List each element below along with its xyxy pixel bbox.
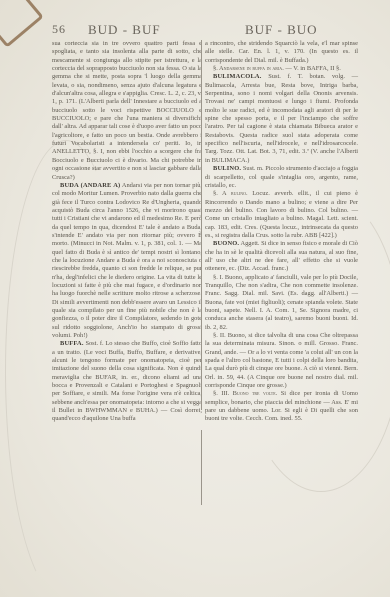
entry-buda: BUDA (ANDARE A) Andarsi via per non torn… [52, 182, 202, 341]
entry-continuation: a rincontro, che stridendo Squarciò la v… [205, 40, 358, 65]
headword: BULIMACOLA. [213, 73, 262, 80]
entry-buono-sense-1: §. I. Buono, applicato a' fanciulli, val… [205, 274, 358, 332]
left-column: sua corteccia sia in tre ovvero quattro … [52, 40, 202, 424]
entry-a-bulino: §. A bulino. Locuz. avverb. ellit., il c… [205, 190, 358, 240]
right-column: a rincontro, che stridendo Squarciò la v… [205, 40, 358, 424]
headword: §. I. [213, 274, 223, 281]
scanned-page: 56 BUD - BUF BUF - BUO sua corteccia sia… [0, 0, 390, 597]
entry-buffa: BUFFA. Sost. f. Lo stesso che Buffo, cio… [52, 340, 202, 423]
headword: §. A bulino. [213, 190, 248, 197]
headword: BULINO. [213, 165, 241, 172]
running-head-right: BUF - BUO [245, 22, 318, 38]
entry-bulimacola: BULIMACOLA. Sust. f. T. botan. volg. — B… [205, 73, 358, 165]
entry-continuation: sua corteccia sia in tre ovvero quattro … [52, 40, 202, 182]
headword: §. II. [213, 332, 226, 339]
entry-buono-tre-volte: §. III. Buono tre volte. Si dice per iro… [205, 390, 358, 423]
headword: BUONO. [213, 240, 239, 247]
entry-andarsene-in-buffa: §. Andarsene in buffa in aria. — V. in B… [205, 65, 358, 73]
entry-bulino: BULINO. Sust. m. Piccolo strumento d'acc… [205, 165, 358, 190]
headword: §. Andarsene in buffa in aria. [213, 65, 284, 72]
entry-buono: BUONO. Aggett. Si dice in senso fisico e… [205, 240, 358, 273]
entry-buono-sense-2: §. II. Buono, si dice talvolta di una co… [205, 332, 358, 390]
column-rule [201, 40, 202, 410]
headword: BUFFA. [60, 340, 84, 347]
running-header: 56 BUD - BUF BUF - BUO [52, 22, 352, 38]
headword: §. III. Buono tre volte. [213, 390, 277, 397]
column-rule [201, 430, 202, 505]
page-number: 56 [52, 22, 66, 37]
headword: BUDA (ANDARE A) [60, 182, 120, 189]
corner-stain [0, 0, 44, 48]
running-head-left: BUD - BUF [88, 22, 161, 38]
